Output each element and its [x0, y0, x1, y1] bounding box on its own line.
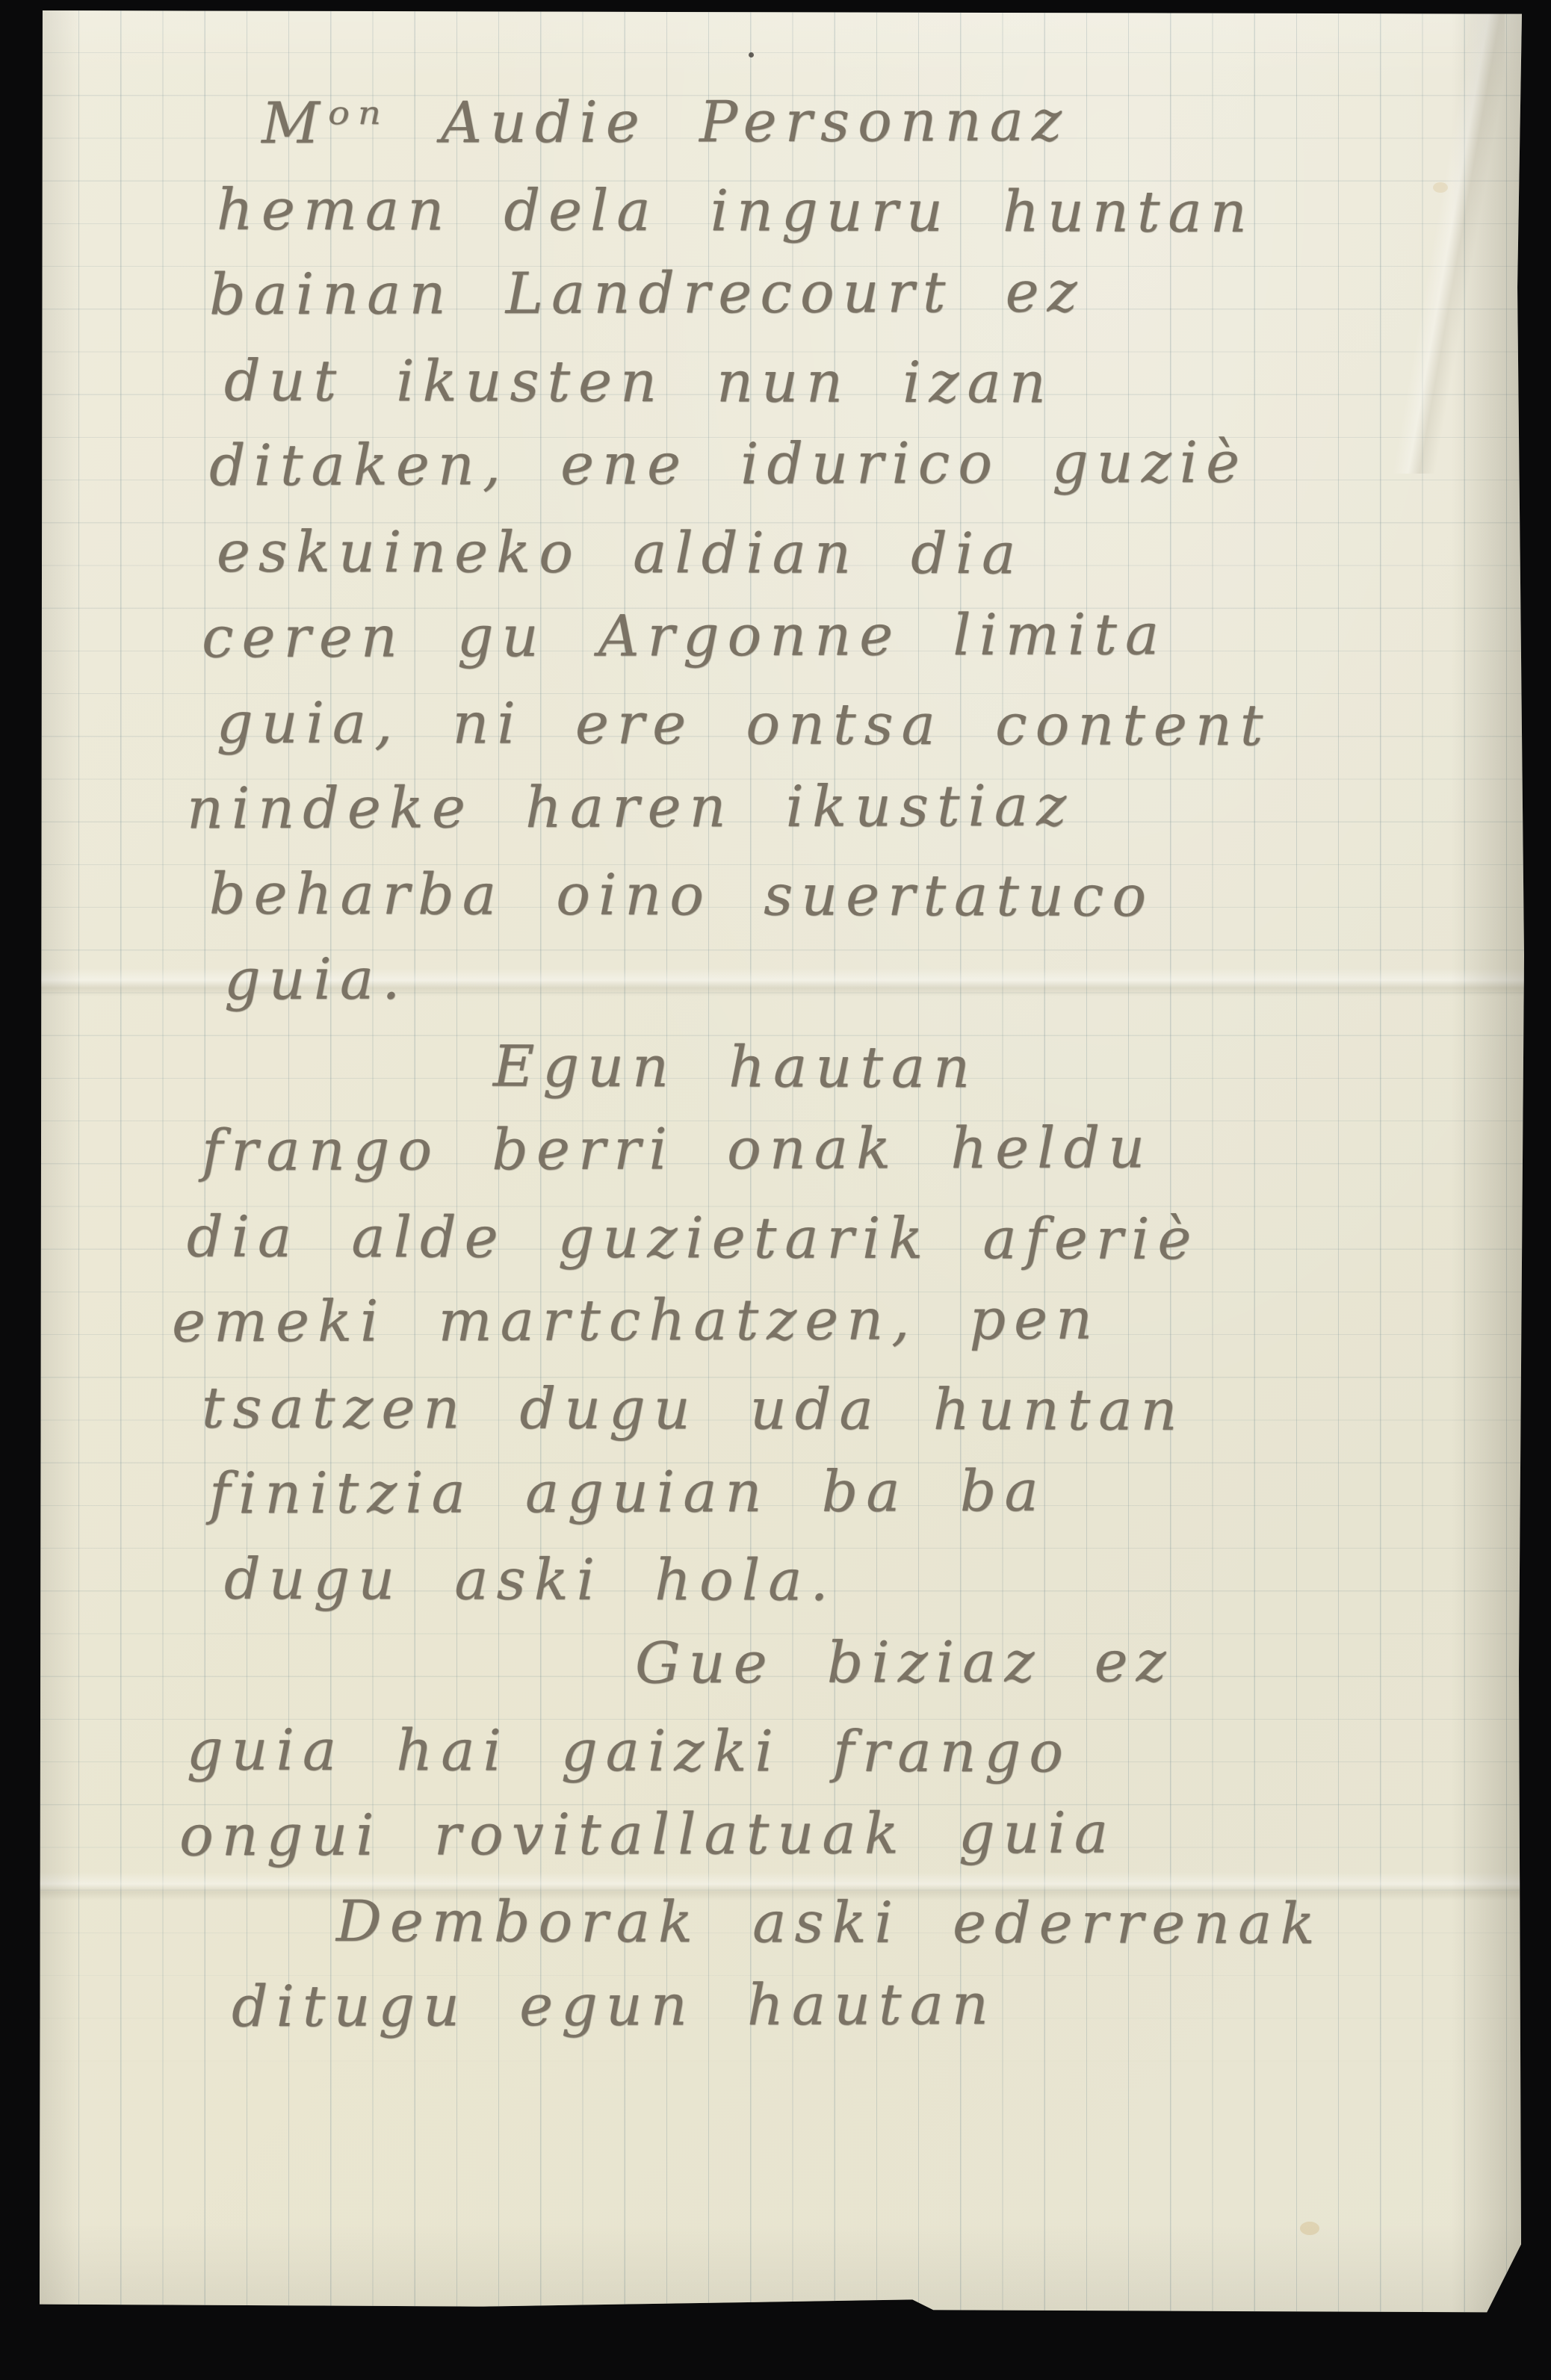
scan-background: { "document": { "kind": "handwritten-let… — [0, 0, 1551, 2380]
handwriting-line: Demborak aski ederrenak — [37, 1877, 1526, 1965]
handwriting-line: eskuineko aldian dia — [37, 507, 1526, 596]
letter-body: Mᵒⁿ Audie Personnazheman dela inguru hun… — [37, 79, 1526, 2048]
handwriting-line: beharba oino suertatuco — [37, 849, 1526, 938]
ink-speck — [749, 52, 754, 58]
paper-stain — [1300, 2222, 1319, 2235]
handwriting-line: guia hai gaizki frango — [37, 1705, 1526, 1794]
handwriting-line: finitzia aguian ba ba — [37, 1445, 1526, 1535]
letter-page: Mᵒⁿ Audie Personnazheman dela inguru hun… — [37, 10, 1526, 2316]
handwriting-line: guia, ni ere ontsa content — [37, 678, 1526, 767]
handwriting-line: guia. — [37, 932, 1526, 1022]
handwriting-line: dut ikusten nun izan — [37, 336, 1526, 425]
handwriting-line: bainan Landrecourt ez — [37, 247, 1526, 337]
handwriting-line: dia alde guzietarik aferiè — [37, 1192, 1526, 1281]
handwriting-line: ditugu egun hautan — [37, 1959, 1526, 2049]
handwriting-line: tsatzen dugu uda huntan — [37, 1363, 1526, 1452]
handwriting-line: Egun hautan — [37, 1021, 1526, 1110]
handwriting-line: ditaken, ene idurico guziè — [37, 418, 1526, 508]
handwriting-line: Mᵒⁿ Audie Personnaz — [37, 75, 1526, 166]
handwriting-line: emeki martchatzen, pen — [37, 1274, 1526, 1364]
handwriting-line: ceren gu Argonne limita — [37, 589, 1526, 679]
handwriting-line: dugu aski hola. — [37, 1534, 1526, 1623]
handwriting-line: ongui rovitallatuak guia — [37, 1788, 1526, 1878]
handwriting-line: frango berri onak heldu — [37, 1103, 1526, 1193]
handwriting-line: heman dela inguru huntan — [37, 165, 1526, 254]
handwriting-line: nindeke haren ikustiaz — [37, 760, 1526, 850]
handwriting-line: Gue biziaz ez — [37, 1616, 1526, 1706]
